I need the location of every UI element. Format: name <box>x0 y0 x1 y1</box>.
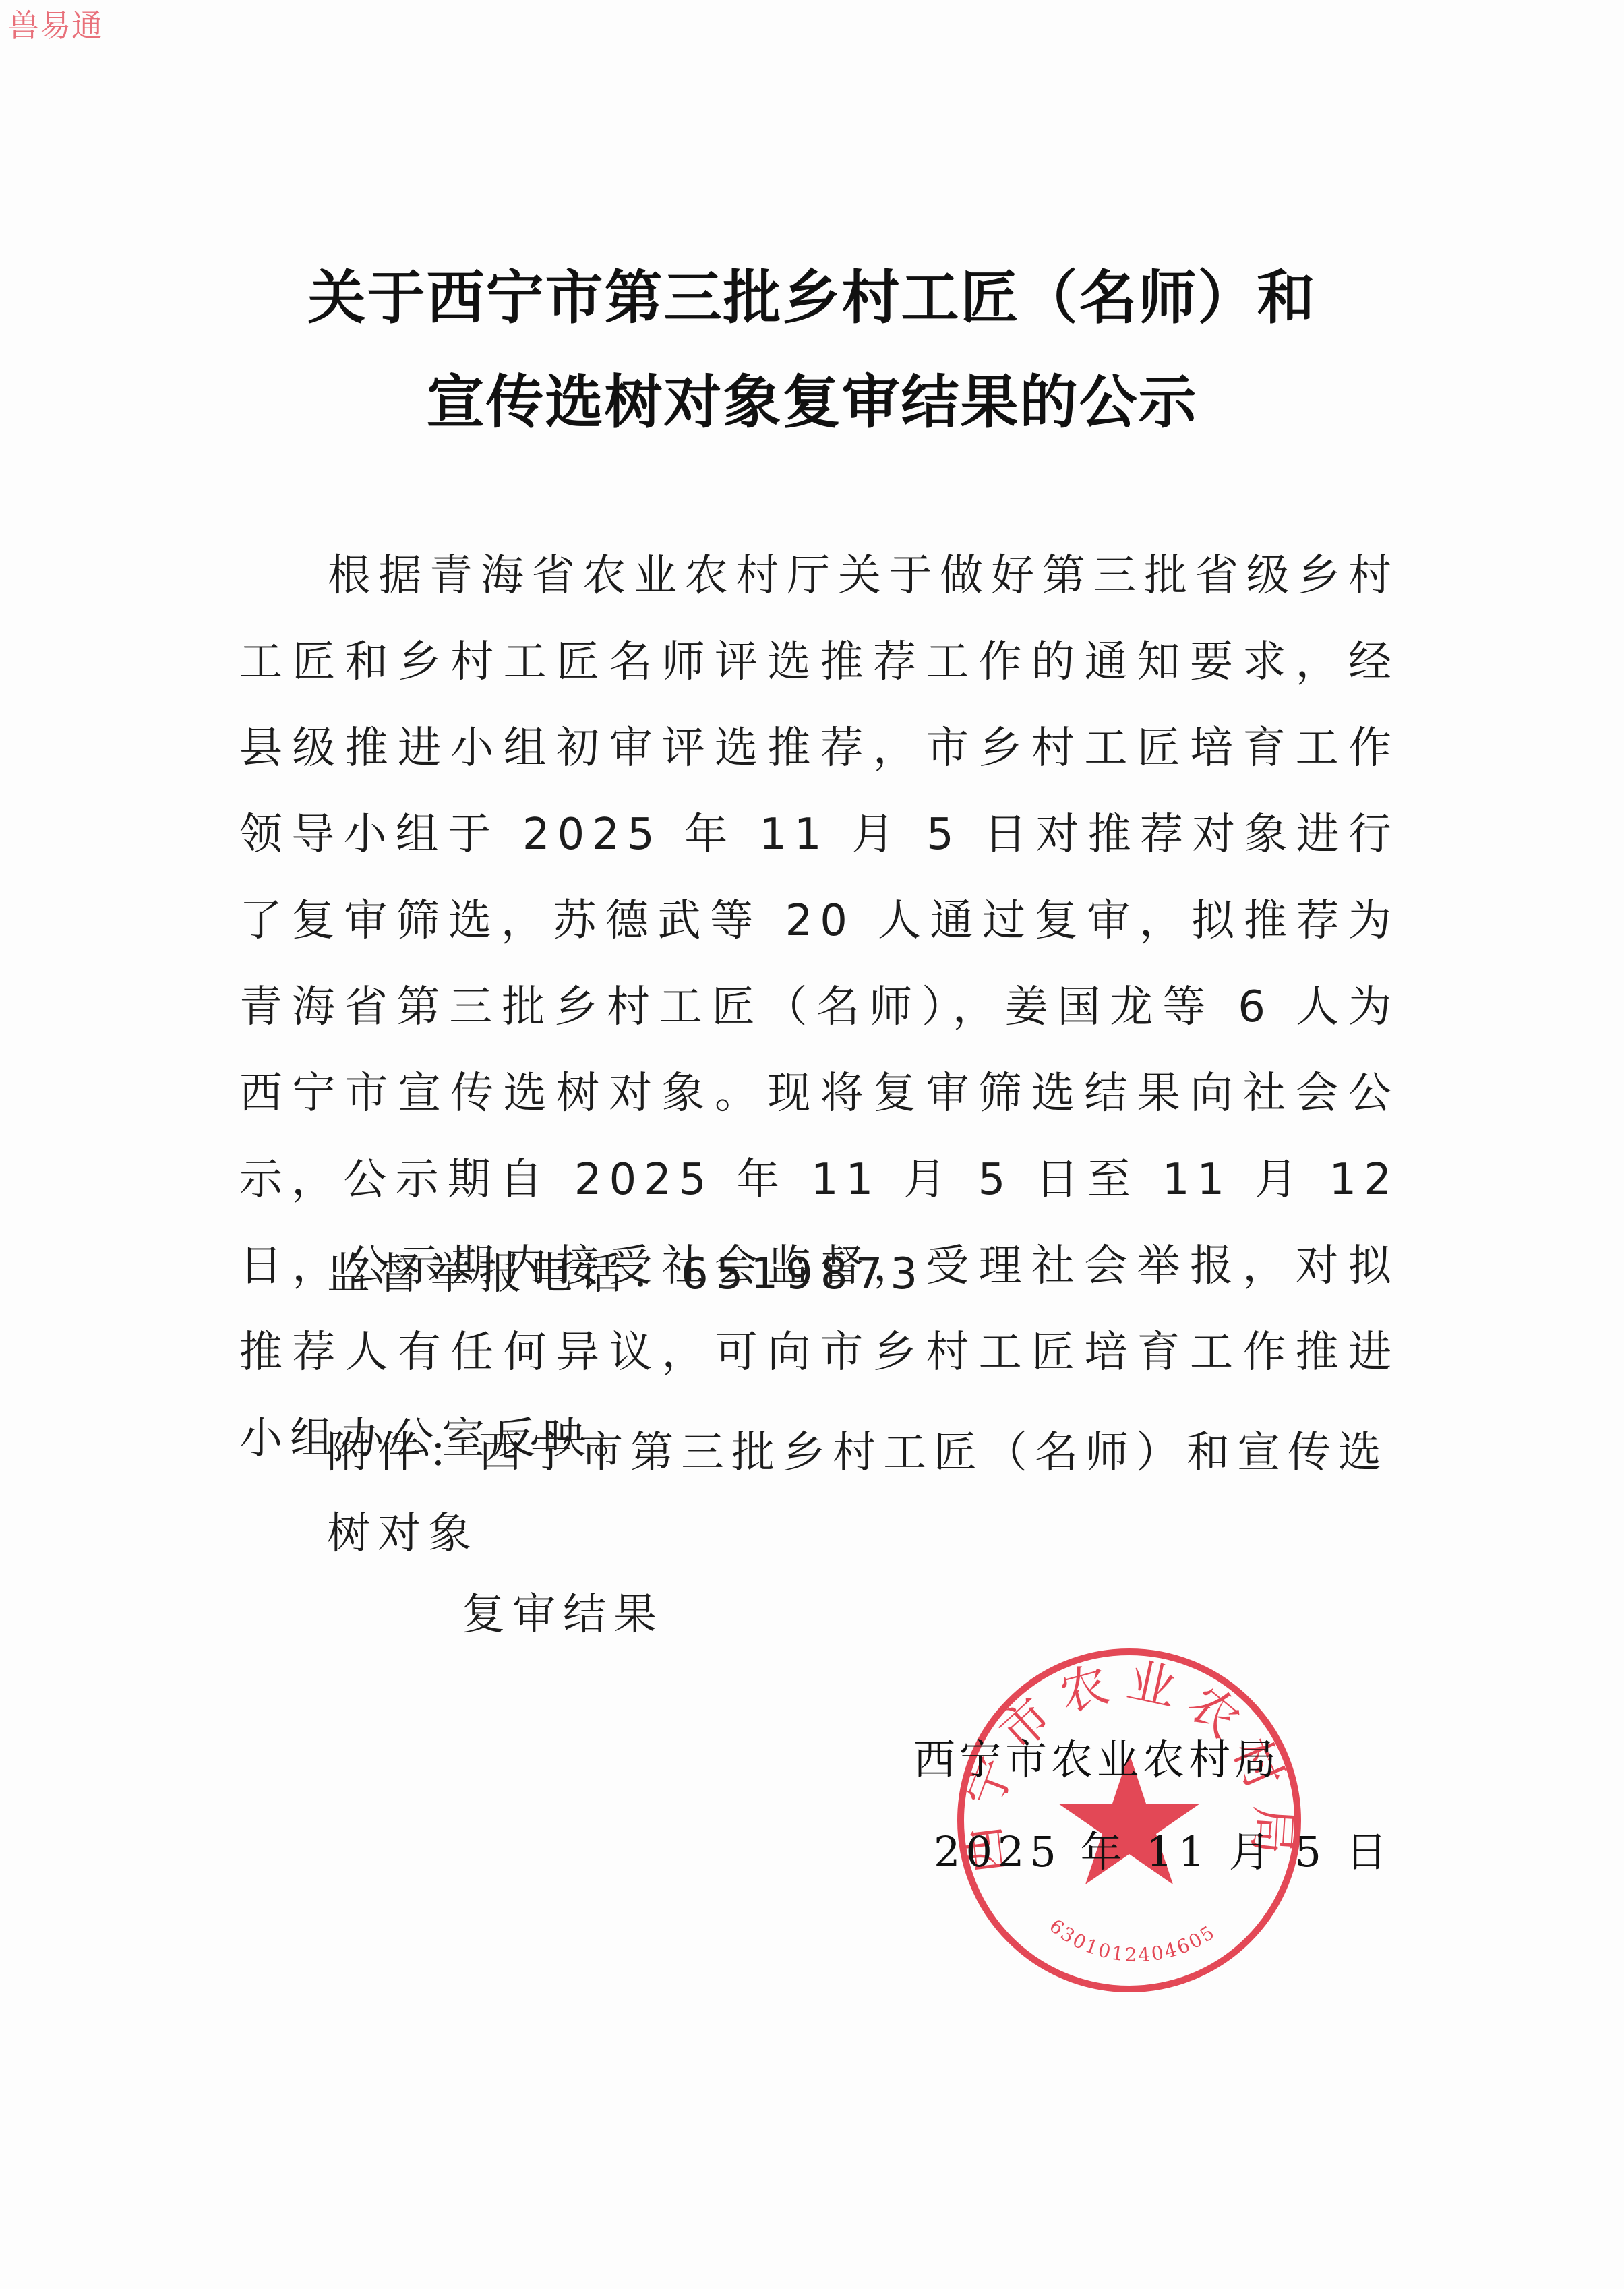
main-paragraph: 根据青海省农业农村厅关于做好第三批省级乡村工匠和乡村工匠名师评选推荐工作的通知要… <box>239 533 1399 1482</box>
watermark-text: 兽易通 <box>8 1 103 46</box>
signature-date: 2025 年 11 月 5 日 <box>913 1818 1393 1878</box>
main-paragraph-text: 根据青海省农业农村厅关于做好第三批省级乡村工匠和乡村工匠名师评选推荐工作的通知要… <box>239 551 1399 1464</box>
attachment-line-1: 西宁市第三批乡村工匠（名师）和宣传选树对象 <box>327 1428 1389 1559</box>
document-title-line-2: 宣传选树对象复审结果的公示 <box>0 355 1624 439</box>
seal-code-text: 6301012404605 <box>1045 1915 1220 1967</box>
signature-block: 西宁市农业农村局 2025 年 11 月 5 日 <box>913 1726 1393 1878</box>
attachment-label: 附件： <box>327 1413 479 1493</box>
hotline: 监督举报电话：6519873 <box>327 1244 925 1305</box>
signature-org: 西宁市农业农村局 <box>913 1726 1393 1786</box>
hotline-label: 监督举报电话： <box>327 1249 681 1299</box>
document-title-line-1: 关于西宁市第三批乡村工匠（名师）和 <box>0 251 1624 334</box>
hotline-number: 6519873 <box>681 1249 925 1299</box>
attachment: 附件：西宁市第三批乡村工匠（名师）和宣传选树对象 复审结果 <box>327 1413 1406 1655</box>
